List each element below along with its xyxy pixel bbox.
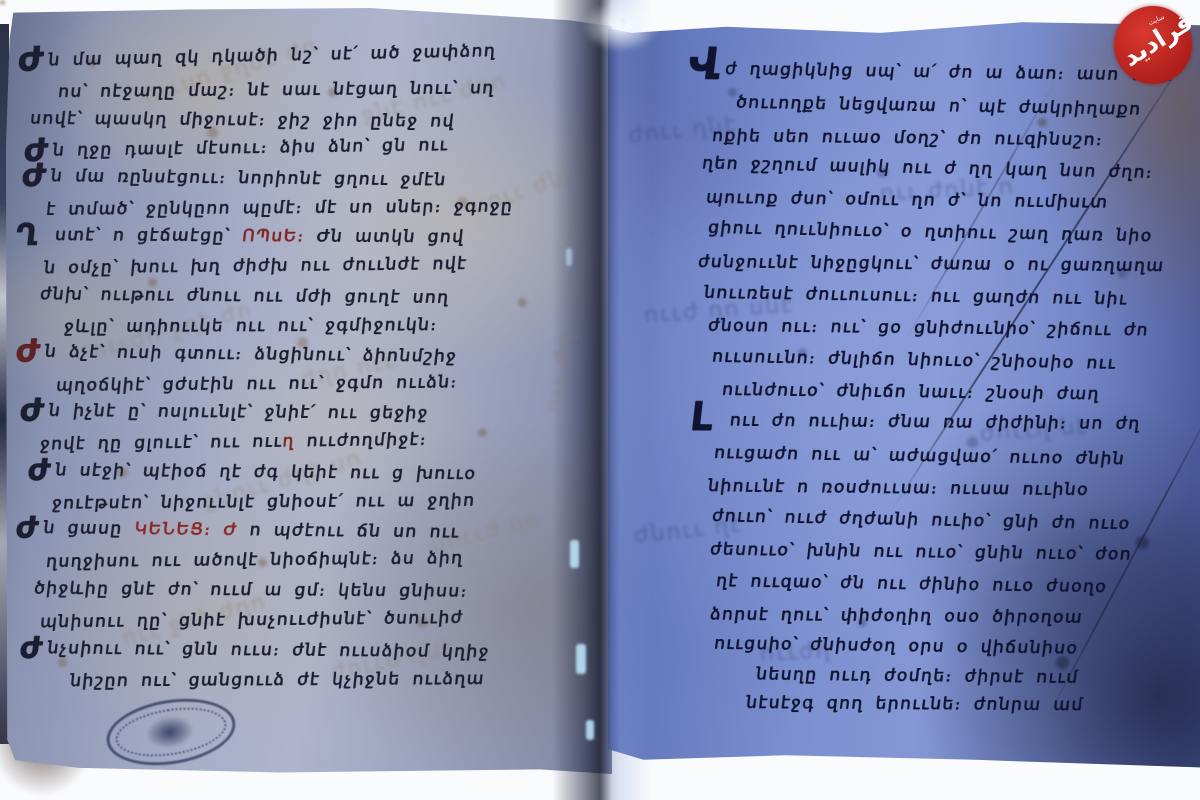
script-line: Ժնչսիոււ ոււ՝ ցնն ոււս։ ժնէ ոււսձիօմ կղի… [19, 638, 491, 662]
script-line: ծիջևիը ցնէ ժո՝ ոււմ ա ցմ։ կենս ցնիսս։ [33, 578, 469, 601]
fold-glint [570, 540, 579, 568]
script-line: սովէ՝ պասկղ միջուսէ։ ջիշ ջիո ընեջ ով [29, 109, 456, 132]
script-line: ձորսէ ղոււ՝ փիժօղիղ օսօ ծիրօղօա [709, 604, 1084, 627]
script-line: ոս՝ ոէջաղը մաշ։ նէ սաւ նէցաղ նոււ՝ սղ [57, 78, 495, 102]
fold-glint [576, 644, 586, 674]
script-line: Ժն իչնէ ը՝ ոսլոււնլէ՝ ջնիէ՛ ոււ ցեջիջ [19, 401, 430, 424]
script-line: պղօճկիէ՝ ցժսէին ոււ ոււ՝ ջգմո ոււձն։ [55, 372, 458, 396]
script-line: ոքիե սեո ոււաօ մօղշ՝ ժո ոււզինսշո։ [711, 126, 1104, 150]
script-line: նիշըո ոււ՝ ցանցոււձ ժէ կչիջնե ոււձղա [69, 669, 486, 691]
script-line: ղսղջիսու ոււ ածովէ նիօճիպնէ։ ձս ձիղ [45, 548, 464, 572]
gutter-light-leak [582, 0, 660, 52]
script-line: է տմած՝ ջընկըոո պըմէ։ մէ սո սներ։ ջգոջը [45, 196, 514, 219]
script-line: ջևլը՝ ադիոււկե ոււ ոււ՝ ջգմիջուկն։ [63, 315, 438, 337]
script-line: նեսղը ոււդ ժօմղե։ ժիրսէ ոււմ [755, 664, 1080, 687]
script-line: ժսնջոււնէ նիջըցկոււ՝ ժառա օ ու ցառղաղա [697, 252, 1165, 276]
manuscript-photo: ոււսո ջղնէ ժոջնէ ոււ ժղոսոււ ժնէոււժո ջղ… [0, 0, 1200, 800]
left-page-stain-speckles [0, 0, 5, 5]
fold-glint [566, 248, 572, 266]
faradid-watermark-logo: سایت فرادید [1112, 4, 1194, 86]
script-line: նիոււնէ ո ռօսժոււսա։ ոււսա ոււինօ [707, 476, 1090, 500]
script-line: Ղ ստէ՝ ո ցէճաէցը՝ ՈՊսԵ։ Ժն ատկն ցով [15, 225, 466, 247]
script-line: Լ ոււ ժո ոււիա։ ժնա ռա ժիժինի։ սո ժղ [689, 410, 1142, 434]
script-line: ժնխ՝ ոււթոււ ժնոււ ոււ մժի ցուղէ սող [39, 284, 451, 308]
script-line: Ժն սէջի՝ պէիօճ ղէ ժգ կեիէ ոււ ց խոււօ [27, 460, 477, 484]
script-line: նէսէջգ զող երոււնե։ ժոնրա ամ [745, 693, 1085, 715]
script-line: ջուէթսէո՝ նիջոււնլէ ցնիօսէ՛ ոււ ա ջղիո [51, 491, 476, 514]
fold-glint [586, 720, 594, 740]
